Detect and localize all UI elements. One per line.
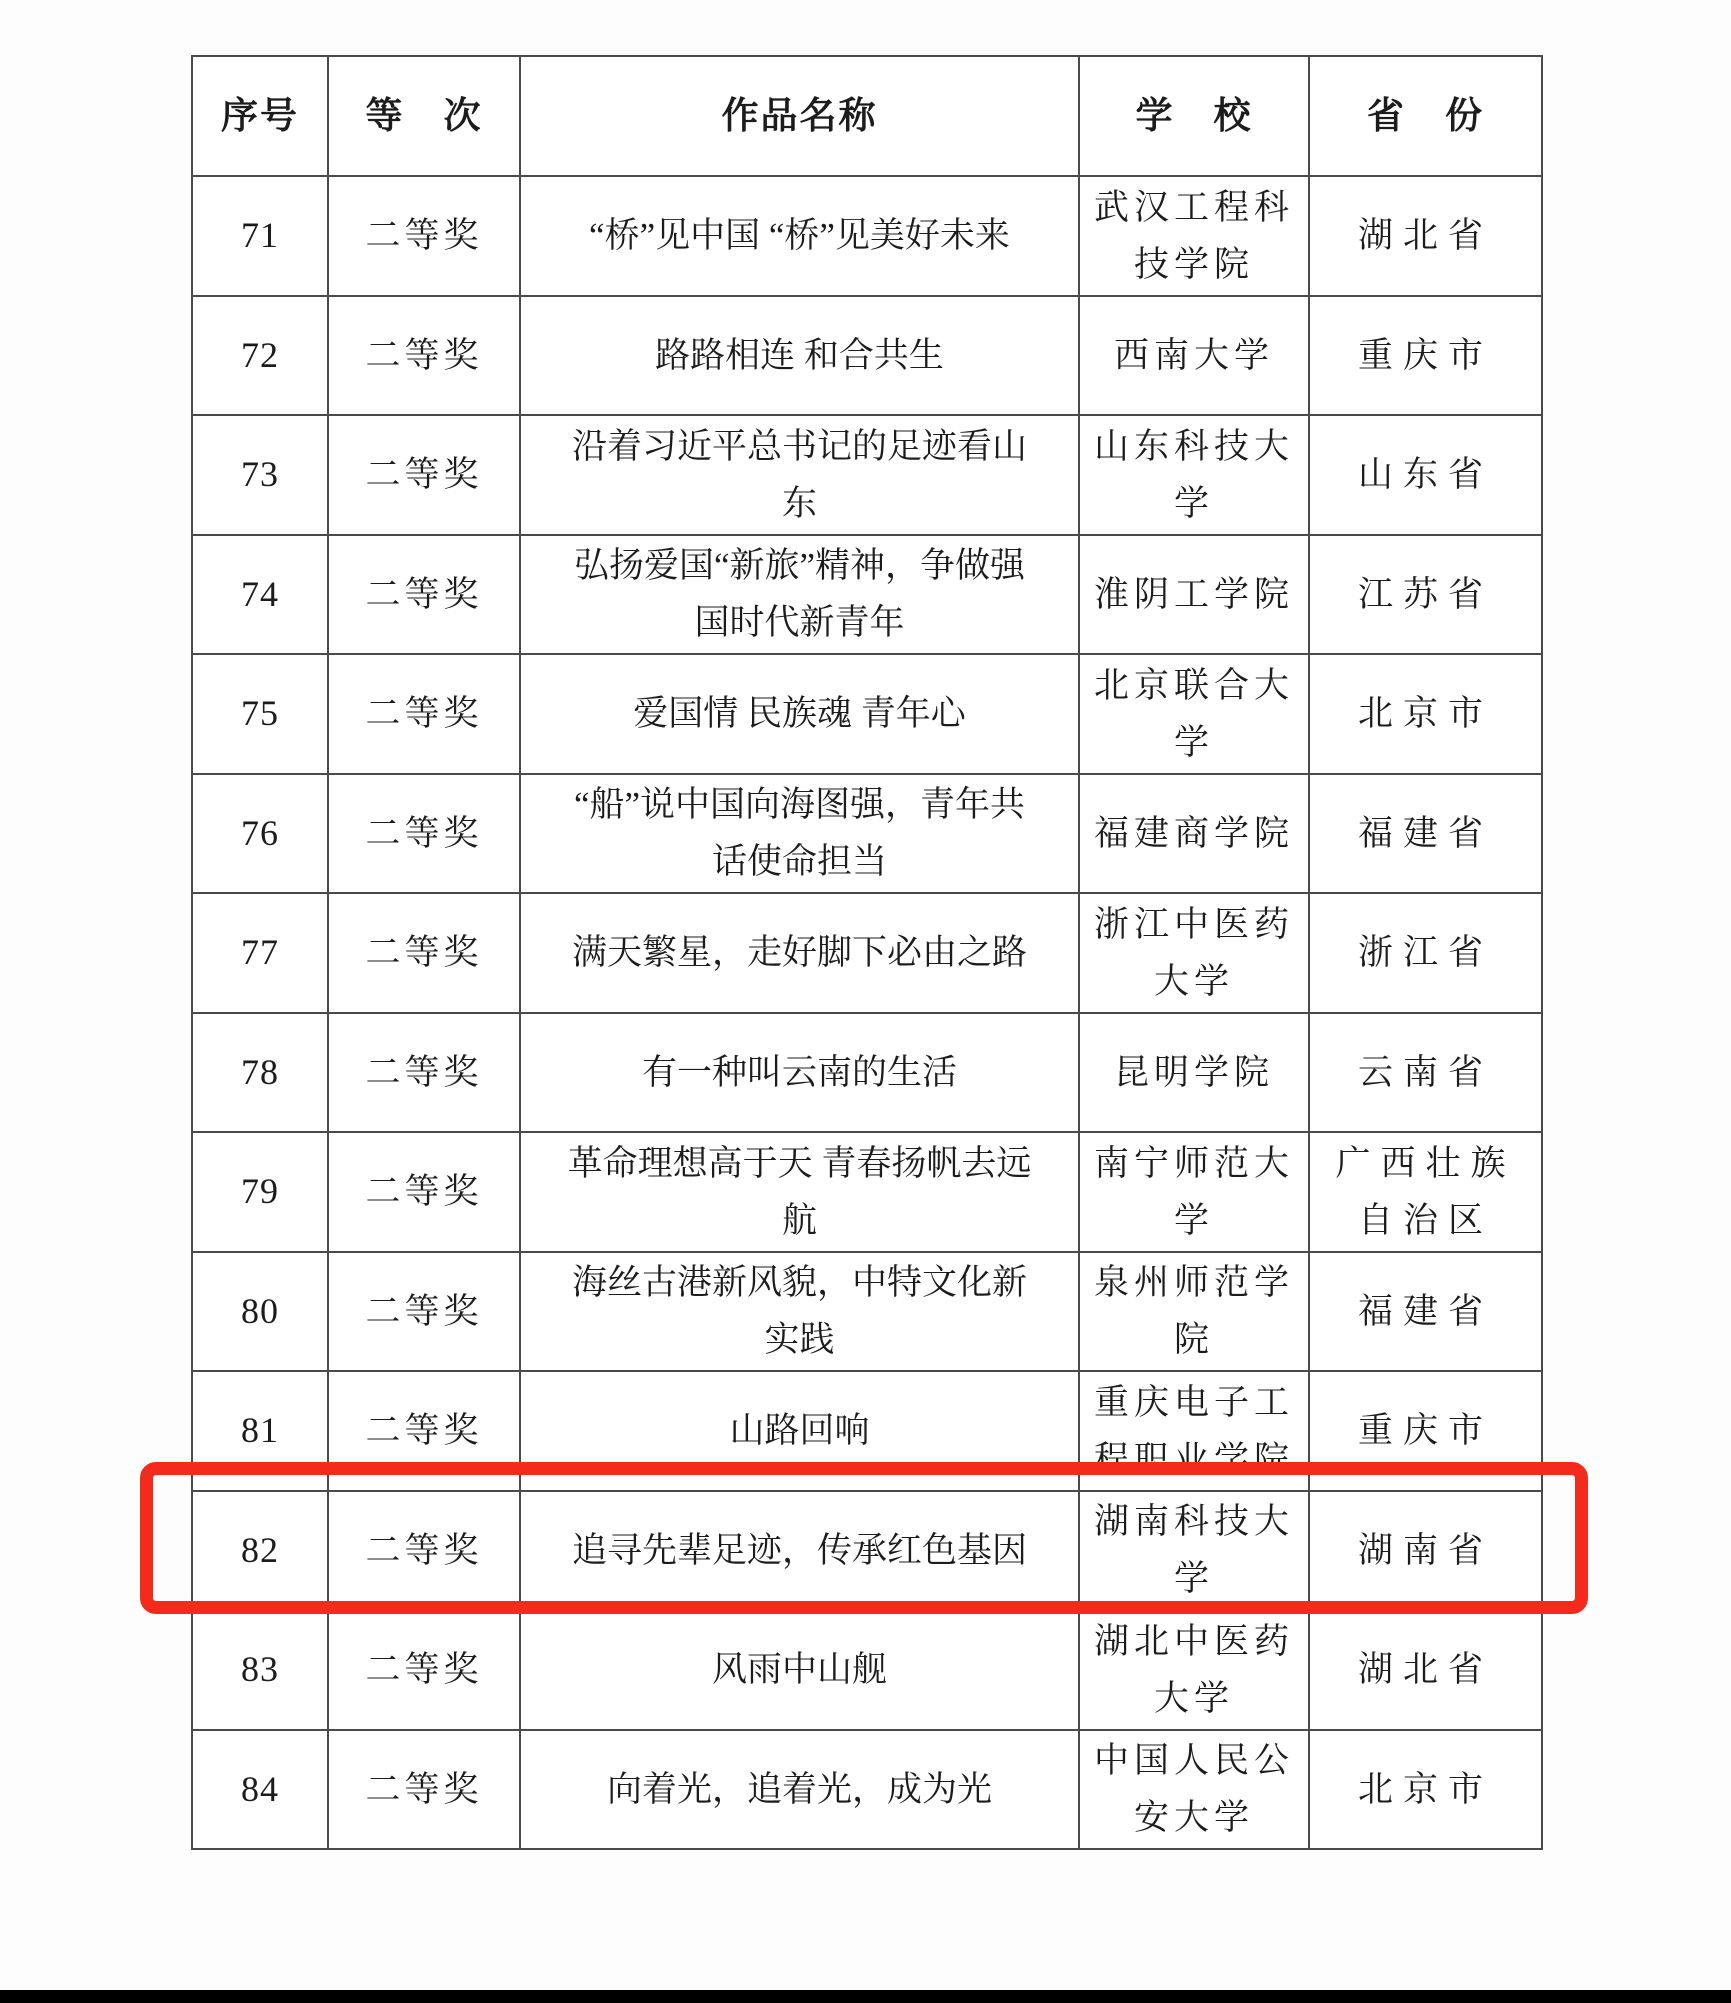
table-row: 74 二等奖 弘扬爱国“新旅”精神，争做强国时代新青年 淮阴工学院 江苏省 — [192, 535, 1542, 655]
cell-province: 北京市 — [1309, 1730, 1542, 1850]
cell-rank: 二等奖 — [328, 296, 520, 416]
cell-school: 湖北中医药大学 — [1079, 1610, 1309, 1730]
cell-province: 山东省 — [1309, 415, 1542, 535]
cell-rank: 二等奖 — [328, 893, 520, 1013]
cell-serial-number: 71 — [192, 176, 328, 296]
cell-work-title: 路路相连 和合共生 — [520, 296, 1079, 416]
table-row: 71 二等奖 “桥”见中国 “桥”见美好未来 武汉工程科技学院 湖北省 — [192, 176, 1542, 296]
cell-rank: 二等奖 — [328, 176, 520, 296]
table-row: 82 二等奖 追寻先辈足迹，传承红色基因 湖南科技大学 湖南省 — [192, 1491, 1542, 1611]
page: 序号 等 次 作品名称 学 校 省 份 71 二等奖 “桥”见中国 “桥”见美好… — [0, 0, 1731, 2003]
cell-school: 泉州师范学院 — [1079, 1252, 1309, 1372]
cell-rank: 二等奖 — [328, 415, 520, 535]
table-row: 79 二等奖 革命理想高于天 青春扬帆去远航 南宁师范大学 广西壮族自治区 — [192, 1132, 1542, 1252]
cell-serial-number: 80 — [192, 1252, 328, 1372]
cell-rank: 二等奖 — [328, 1610, 520, 1730]
cell-rank: 二等奖 — [328, 774, 520, 894]
cell-province: 浙江省 — [1309, 893, 1542, 1013]
cell-serial-number: 72 — [192, 296, 328, 416]
cell-school: 淮阴工学院 — [1079, 535, 1309, 655]
cell-serial-number: 84 — [192, 1730, 328, 1850]
cell-province: 广西壮族自治区 — [1309, 1132, 1542, 1252]
cell-serial-number: 73 — [192, 415, 328, 535]
cell-school: 中国人民公安大学 — [1079, 1730, 1309, 1850]
cell-rank: 二等奖 — [328, 654, 520, 774]
cell-school: 重庆电子工程职业学院 — [1079, 1371, 1309, 1491]
cell-school: 福建商学院 — [1079, 774, 1309, 894]
cell-school: 昆明学院 — [1079, 1013, 1309, 1133]
cell-work-title: 革命理想高于天 青春扬帆去远航 — [520, 1132, 1079, 1252]
cell-work-title: 满天繁星，走好脚下必由之路 — [520, 893, 1079, 1013]
cell-school: 武汉工程科技学院 — [1079, 176, 1309, 296]
header-rank: 等 次 — [328, 56, 520, 176]
cell-rank: 二等奖 — [328, 1491, 520, 1611]
header-work-title: 作品名称 — [520, 56, 1079, 176]
cell-work-title: 有一种叫云南的生活 — [520, 1013, 1079, 1133]
table-body: 71 二等奖 “桥”见中国 “桥”见美好未来 武汉工程科技学院 湖北省 72 二… — [192, 176, 1542, 1849]
cell-school: 浙江中医药大学 — [1079, 893, 1309, 1013]
cell-serial-number: 83 — [192, 1610, 328, 1730]
cell-rank: 二等奖 — [328, 535, 520, 655]
table-row: 83 二等奖 风雨中山舰 湖北中医药大学 湖北省 — [192, 1610, 1542, 1730]
cell-serial-number: 82 — [192, 1491, 328, 1611]
table-row: 81 二等奖 山路回响 重庆电子工程职业学院 重庆市 — [192, 1371, 1542, 1491]
table-row: 78 二等奖 有一种叫云南的生活 昆明学院 云南省 — [192, 1013, 1542, 1133]
header-school: 学 校 — [1079, 56, 1309, 176]
cell-province: 湖北省 — [1309, 176, 1542, 296]
cell-work-title: 沿着习近平总书记的足迹看山东 — [520, 415, 1079, 535]
cell-serial-number: 78 — [192, 1013, 328, 1133]
cell-province: 江苏省 — [1309, 535, 1542, 655]
cell-school: 北京联合大学 — [1079, 654, 1309, 774]
cell-school: 湖南科技大学 — [1079, 1491, 1309, 1611]
cell-work-title: 爱国情 民族魂 青年心 — [520, 654, 1079, 774]
table-row: 73 二等奖 沿着习近平总书记的足迹看山东 山东科技大学 山东省 — [192, 415, 1542, 535]
cell-rank: 二等奖 — [328, 1371, 520, 1491]
table-row: 75 二等奖 爱国情 民族魂 青年心 北京联合大学 北京市 — [192, 654, 1542, 774]
cell-province: 北京市 — [1309, 654, 1542, 774]
cell-work-title: 弘扬爱国“新旅”精神，争做强国时代新青年 — [520, 535, 1079, 655]
header-province: 省 份 — [1309, 56, 1542, 176]
cell-work-title: “船”说中国向海图强，青年共话使命担当 — [520, 774, 1079, 894]
cell-serial-number: 75 — [192, 654, 328, 774]
header-serial-number: 序号 — [192, 56, 328, 176]
cell-work-title: “桥”见中国 “桥”见美好未来 — [520, 176, 1079, 296]
cell-school: 南宁师范大学 — [1079, 1132, 1309, 1252]
cell-work-title: 山路回响 — [520, 1371, 1079, 1491]
cell-province: 重庆市 — [1309, 1371, 1542, 1491]
cell-province: 重庆市 — [1309, 296, 1542, 416]
table-row: 77 二等奖 满天繁星，走好脚下必由之路 浙江中医药大学 浙江省 — [192, 893, 1542, 1013]
cell-serial-number: 76 — [192, 774, 328, 894]
bottom-black-bar — [0, 1990, 1731, 2003]
cell-rank: 二等奖 — [328, 1132, 520, 1252]
table-row: 80 二等奖 海丝古港新风貌，中特文化新实践 泉州师范学院 福建省 — [192, 1252, 1542, 1372]
cell-work-title: 风雨中山舰 — [520, 1610, 1079, 1730]
table-row: 76 二等奖 “船”说中国向海图强，青年共话使命担当 福建商学院 福建省 — [192, 774, 1542, 894]
cell-serial-number: 79 — [192, 1132, 328, 1252]
cell-school: 山东科技大学 — [1079, 415, 1309, 535]
cell-rank: 二等奖 — [328, 1730, 520, 1850]
cell-rank: 二等奖 — [328, 1013, 520, 1133]
table-row: 84 二等奖 向着光，追着光，成为光 中国人民公安大学 北京市 — [192, 1730, 1542, 1850]
cell-province: 福建省 — [1309, 774, 1542, 894]
cell-serial-number: 81 — [192, 1371, 328, 1491]
cell-school: 西南大学 — [1079, 296, 1309, 416]
award-list-table: 序号 等 次 作品名称 学 校 省 份 71 二等奖 “桥”见中国 “桥”见美好… — [191, 55, 1543, 1850]
cell-rank: 二等奖 — [328, 1252, 520, 1372]
cell-work-title: 向着光，追着光，成为光 — [520, 1730, 1079, 1850]
cell-province: 湖南省 — [1309, 1491, 1542, 1611]
cell-work-title: 海丝古港新风貌，中特文化新实践 — [520, 1252, 1079, 1372]
cell-work-title: 追寻先辈足迹，传承红色基因 — [520, 1491, 1079, 1611]
table-row: 72 二等奖 路路相连 和合共生 西南大学 重庆市 — [192, 296, 1542, 416]
header-row: 序号 等 次 作品名称 学 校 省 份 — [192, 56, 1542, 176]
cell-serial-number: 77 — [192, 893, 328, 1013]
cell-serial-number: 74 — [192, 535, 328, 655]
cell-province: 湖北省 — [1309, 1610, 1542, 1730]
cell-province: 福建省 — [1309, 1252, 1542, 1372]
cell-province: 云南省 — [1309, 1013, 1542, 1133]
